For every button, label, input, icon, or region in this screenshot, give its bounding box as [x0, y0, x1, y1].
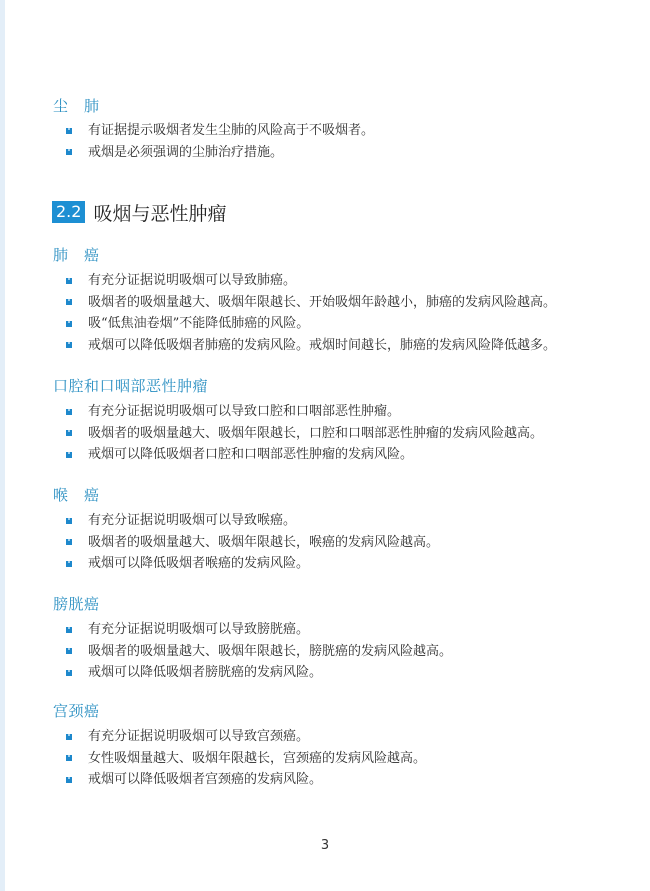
list-item: 戒烟可以降低吸烟者口腔和口咽部恶性肿瘤的发病风险。	[66, 444, 543, 466]
list-item: 吸烟者的吸烟量越大、吸烟年限越长，喉癌的发病风险越高。	[66, 532, 439, 554]
list-item: 吸烟者的吸烟量越大、吸烟年限越长，膀胱癌的发病风险越高。	[66, 641, 452, 663]
square-bullet-icon	[66, 430, 72, 436]
section-heading-cervical-cancer: 宫颈癌	[53, 700, 100, 721]
page-edge-strip	[0, 0, 5, 891]
square-bullet-icon	[66, 321, 72, 327]
square-bullet-icon	[66, 734, 72, 740]
list-item: 吸“低焦油卷烟”不能降低肺癌的风险。	[66, 313, 556, 335]
list-item: 吸烟者的吸烟量越大、吸烟年限越长、开始吸烟年龄越小，肺癌的发病风险越高。	[66, 292, 556, 314]
pneumoconiosis-list: 有证据提示吸烟者发生尘肺的风险高于不吸烟者。 戒烟是必须强调的尘肺治疗措施。	[66, 120, 374, 163]
square-bullet-icon	[66, 755, 72, 761]
square-bullet-icon	[66, 539, 72, 545]
bladder-cancer-list: 有充分证据说明吸烟可以导致膀胱癌。 吸烟者的吸烟量越大、吸烟年限越长，膀胱癌的发…	[66, 619, 452, 684]
list-item: 女性吸烟量越大、吸烟年限越长，宫颈癌的发病风险越高。	[66, 748, 426, 770]
chapter-heading: 2.2 吸烟与恶性肿瘤	[52, 200, 226, 224]
list-item: 有充分证据说明吸烟可以导致口腔和口咽部恶性肿瘤。	[66, 401, 543, 423]
list-item: 戒烟可以降低吸烟者肺癌的发病风险。戒烟时间越长，肺癌的发病风险降低越多。	[66, 335, 556, 357]
square-bullet-icon	[66, 670, 72, 676]
square-bullet-icon	[66, 648, 72, 654]
section-heading-larynx-cancer: 喉 癌	[53, 484, 100, 505]
list-item: 有充分证据说明吸烟可以导致肺癌。	[66, 270, 556, 292]
list-item: 有充分证据说明吸烟可以导致喉癌。	[66, 510, 439, 532]
oral-cancer-list: 有充分证据说明吸烟可以导致口腔和口咽部恶性肿瘤。 吸烟者的吸烟量越大、吸烟年限越…	[66, 401, 543, 466]
list-item: 戒烟可以降低吸烟者喉癌的发病风险。	[66, 553, 439, 575]
square-bullet-icon	[66, 128, 72, 134]
square-bullet-icon	[66, 409, 72, 415]
list-item: 有证据提示吸烟者发生尘肺的风险高于不吸烟者。	[66, 120, 374, 142]
section-heading-pneumoconiosis: 尘 肺	[53, 95, 100, 116]
square-bullet-icon	[66, 299, 72, 305]
square-bullet-icon	[66, 561, 72, 567]
page-number: 3	[0, 838, 650, 853]
square-bullet-icon	[66, 627, 72, 633]
square-bullet-icon	[66, 518, 72, 524]
section-heading-oral-cancer: 口腔和口咽部恶性肿瘤	[53, 375, 208, 396]
chapter-title: 吸烟与恶性肿瘤	[93, 199, 226, 226]
list-item: 吸烟者的吸烟量越大、吸烟年限越长，口腔和口咽部恶性肿瘤的发病风险越高。	[66, 423, 543, 445]
square-bullet-icon	[66, 342, 72, 348]
list-item: 戒烟可以降低吸烟者宫颈癌的发病风险。	[66, 769, 426, 791]
larynx-cancer-list: 有充分证据说明吸烟可以导致喉癌。 吸烟者的吸烟量越大、吸烟年限越长，喉癌的发病风…	[66, 510, 439, 575]
lung-cancer-list: 有充分证据说明吸烟可以导致肺癌。 吸烟者的吸烟量越大、吸烟年限越长、开始吸烟年龄…	[66, 270, 556, 356]
square-bullet-icon	[66, 278, 72, 284]
square-bullet-icon	[66, 777, 72, 783]
chapter-number-badge: 2.2	[52, 201, 85, 223]
cervical-cancer-list: 有充分证据说明吸烟可以导致宫颈癌。 女性吸烟量越大、吸烟年限越长，宫颈癌的发病风…	[66, 726, 426, 791]
list-item: 有充分证据说明吸烟可以导致膀胱癌。	[66, 619, 452, 641]
list-item: 戒烟是必须强调的尘肺治疗措施。	[66, 142, 374, 164]
square-bullet-icon	[66, 149, 72, 155]
list-item: 有充分证据说明吸烟可以导致宫颈癌。	[66, 726, 426, 748]
section-heading-lung-cancer: 肺 癌	[53, 244, 100, 265]
section-heading-bladder-cancer: 膀胱癌	[53, 593, 100, 614]
square-bullet-icon	[66, 452, 72, 458]
list-item: 戒烟可以降低吸烟者膀胱癌的发病风险。	[66, 662, 452, 684]
